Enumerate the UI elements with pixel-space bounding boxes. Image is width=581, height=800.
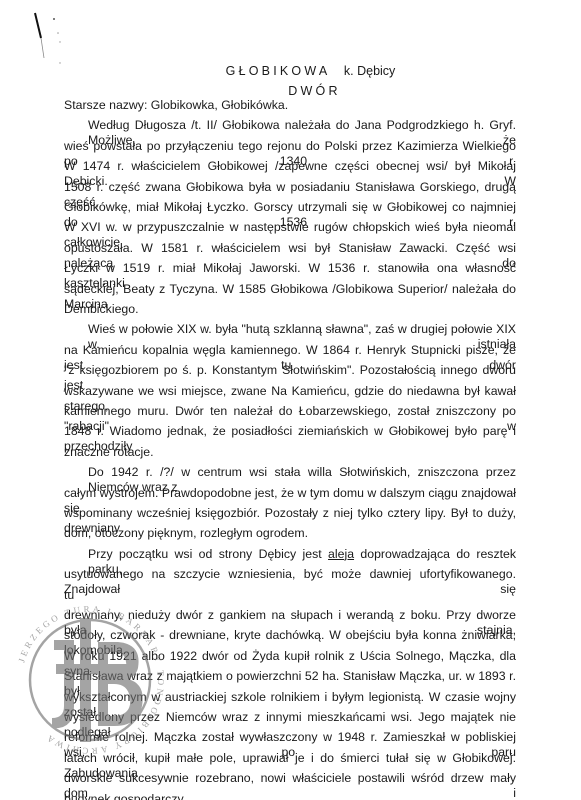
text-line: na Kamieńcu kopalnia węgla kamiennego. W…: [64, 343, 516, 358]
text-line: usytuowanego na szczycie wzniesienia, by…: [64, 567, 516, 582]
text-line: wykształconym w austriackiej szkole roln…: [64, 690, 516, 705]
text-line: opustoszała. W 1581 r. właścicielem wsi …: [64, 241, 516, 256]
text-line: Dembickiego.: [64, 302, 516, 317]
text-line: Głobikówkę, miał Mikołaj Łyczko. Gorscy …: [64, 200, 516, 215]
title-main: GŁOBIKOWA: [186, 64, 331, 78]
text-line: wysiedlony przez Niemców wraz z innymi m…: [64, 710, 516, 725]
text-line: dom, otoczony pięknym, rozległym ogrodem…: [64, 526, 516, 541]
text-line: wieś powstała po przyłączeniu tego rejon…: [64, 139, 516, 154]
text-line: Wieś w połowie XIX w. była "hutą szklann…: [88, 322, 516, 337]
text-line: wspominany wcześniej księgozbiór. Pozost…: [64, 506, 516, 521]
text-line: drewniany, nieduży dwór z gankiem na słu…: [64, 608, 516, 623]
text-line: "z księgozbiorem po ś. p. Konstantym Sło…: [64, 363, 516, 378]
text-line: Przy początku wsi od strony Dębicy jest …: [88, 547, 516, 562]
document-subtitle: DWÓR: [0, 84, 581, 98]
text-line: W XVI w. w przypuszczalnie w następstwie…: [64, 220, 516, 235]
text-line: reformie rolnej. Mączka został wywłaszcz…: [64, 730, 516, 745]
text-line: wskazywane we wsi miejsce, zwane Na Kami…: [64, 384, 516, 399]
title-suffix: k. Dębicy: [344, 64, 395, 78]
text-line: Starsze nazwy: Globikowka, Głobikówka.: [64, 98, 516, 113]
text-line: tu: [64, 588, 516, 603]
text-line: Łyczki w 1519 r. miał Mikołaj Jaworski. …: [64, 261, 516, 276]
document-title: GŁOBIKOWA k. Dębicy: [0, 64, 581, 78]
text-line: latach wrócił, kupił małe pole, uprawiał…: [64, 751, 516, 766]
text-line: Do 1942 r. /?/ w centrum wsi stała willa…: [88, 465, 516, 480]
text-line: W roku 1921 albo 1922 dwór od Żyda kupił…: [64, 649, 516, 664]
text-line: znaczne rotacje.: [64, 445, 516, 460]
text-line: kamiennego muru. Dwór ten należał do Łob…: [64, 404, 516, 419]
text-line: całym wystrojem. Prawdopodobne jest, że …: [64, 486, 516, 501]
text-line: sądeckiej, Beaty z Tyczyna. W 1585 Głobi…: [64, 282, 516, 297]
text-line: Według Długosza /t. II/ Głobikowa należa…: [88, 118, 516, 133]
document-page: GŁOBIKOWA k. Dębicy DWÓR Starsze nazwy: …: [0, 0, 581, 800]
text-line: 1848 r. Wiadomo jednak, że posiadłości z…: [64, 424, 516, 439]
text-line: dworskie sukcesywnie rozebrano, nowi wła…: [64, 771, 516, 786]
underlined-word: aleja: [328, 547, 354, 561]
text-line: stodoły, czworak - drewniane, kryte dach…: [64, 628, 516, 643]
text-line: Stanisława wraz z majątkiem o powierzchn…: [64, 669, 516, 684]
text-line: 1508 r. część zwana Głobikowa była w pos…: [64, 180, 516, 195]
text-line: W 1474 r. właścicielem Głobikowej /zapew…: [64, 159, 516, 174]
text-line: budynek gospodarczy.: [64, 792, 516, 800]
text-segment: Przy początku wsi od strony Dębicy jest: [88, 547, 328, 561]
